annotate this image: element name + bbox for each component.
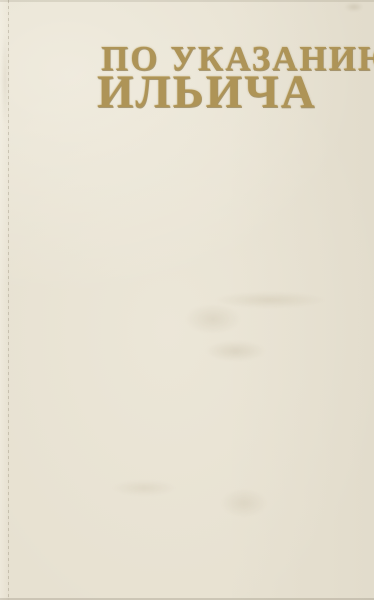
cover-smudge — [198, 338, 273, 364]
cover-smudge — [178, 300, 248, 338]
book-spine-edge — [0, 0, 8, 600]
cover-top-edge — [0, 0, 374, 2]
cover-smudge — [215, 485, 273, 521]
cover-smudge — [200, 290, 340, 310]
cover-smudge — [104, 478, 184, 498]
book-spine-groove — [8, 0, 9, 600]
book-cover: ПО УКАЗАНИЮ ИЛЬИЧА — [0, 0, 374, 600]
cover-smudge — [342, 1, 366, 13]
book-title-line2: ИЛЬИЧА — [97, 69, 317, 116]
